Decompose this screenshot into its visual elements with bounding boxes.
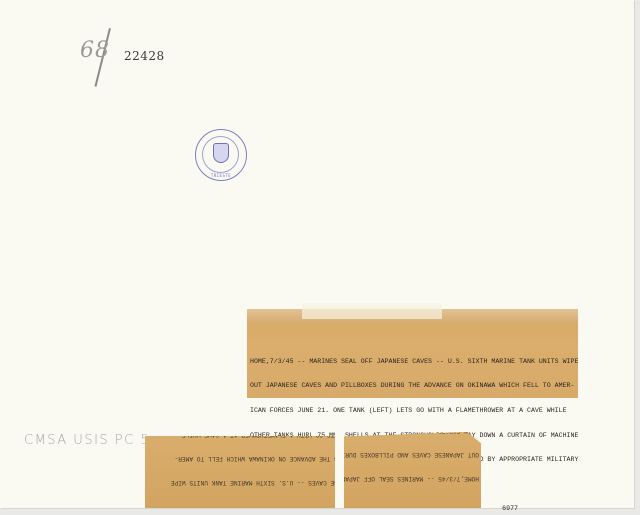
reversed-caption-text: HOME,7/3/45 -- MARINES SEAL OFF JAPANESE… [344, 432, 481, 508]
caption-line: ICAN FORCES JUNE 21. ONE TANK (LEFT) LET… [250, 407, 578, 415]
shield-icon [213, 143, 229, 163]
caption-slip: HOME,7/3/45 -- MARINES SEAL OFF JAPANESE… [247, 309, 578, 398]
torn-caption-slip-reversed: HOME,7/3/45 -- MARINES SEAL OFF JAPANESE… [145, 432, 481, 508]
caption-line: HOME,7/3/45 -- MARINES SEAL OFF JAPANESE… [250, 358, 578, 366]
stamped-catalog-number: 22428 [124, 49, 165, 63]
ink-seal-stamp: TRIESTE [195, 129, 247, 181]
slip-fragment-right: HOME,7/3/45 -- MARINES SEAL OFF JAPANESE… [344, 432, 481, 508]
slip-fragment-left: HOME,7/3/45 -- MARINES SEAL OFF JAPANESE… [145, 436, 335, 508]
handwritten-number: 68 [80, 38, 110, 63]
pencil-annotation: CMSA USIS PC 5 [24, 433, 150, 448]
archival-page: 68 22428 TRIESTE HOME,7/3/45 -- MARINES … [0, 0, 634, 508]
seal-label: TRIESTE [196, 173, 246, 178]
caption-line: OUT JAPANESE CAVES AND PILLBOXES DURING … [250, 382, 578, 390]
paper-tear [335, 432, 344, 508]
reversed-caption-text: HOME,7/3/45 -- MARINES SEAL OFF JAPANESE… [145, 436, 335, 508]
tape-glare [302, 303, 442, 319]
